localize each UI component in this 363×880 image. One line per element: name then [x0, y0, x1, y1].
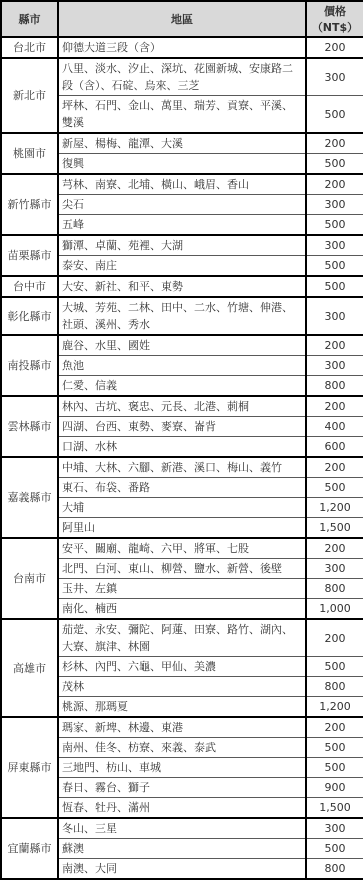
price-cell: 300 — [306, 559, 363, 579]
district-cell: 獅潭、卓蘭、苑裡、大湖 — [58, 235, 306, 256]
price-cell: 1,200 — [306, 697, 363, 718]
price-cell: 500 — [306, 657, 363, 677]
table-header: 縣市 地區 價格（NT$） — [1, 1, 363, 37]
price-cell: 200 — [306, 335, 363, 356]
price-cell: 200 — [306, 396, 363, 417]
county-cell: 台北市 — [1, 37, 58, 58]
county-cell: 苗栗縣市 — [1, 235, 58, 276]
district-cell: 蘇澳 — [58, 839, 306, 859]
district-cell: 新屋、楊梅、龍潭、大溪 — [58, 133, 306, 154]
price-cell: 800 — [306, 579, 363, 599]
district-cell: 南化、楠西 — [58, 599, 306, 620]
district-cell: 春日、霧台、獅子 — [58, 778, 306, 798]
price-cell: 1,500 — [306, 518, 363, 539]
price-cell: 1,200 — [306, 498, 363, 518]
district-cell: 茂林 — [58, 677, 306, 697]
price-cell: 900 — [306, 778, 363, 798]
district-cell: 瑪家、新埤、林邊、東港 — [58, 717, 306, 738]
header-price: 價格（NT$） — [306, 1, 363, 37]
district-cell: 安平、關廟、龍崎、六甲、將軍、七股 — [58, 538, 306, 559]
district-cell: 恆春、牡丹、滿州 — [58, 798, 306, 819]
table-row: 彰化縣市大城、芳苑、二林、田中、二水、竹塘、伸港、社頭、溪州、秀水300 — [1, 297, 363, 335]
price-cell: 500 — [306, 276, 363, 297]
price-cell: 500 — [306, 215, 363, 236]
district-cell: 鹿谷、水里、國姓 — [58, 335, 306, 356]
district-cell: 大埔 — [58, 498, 306, 518]
county-cell: 新北市 — [1, 58, 58, 133]
price-cell: 800 — [306, 376, 363, 397]
district-cell: 三地門、枋山、車城 — [58, 758, 306, 778]
county-cell: 台中市 — [1, 276, 58, 297]
price-cell: 300 — [306, 195, 363, 215]
table-row: 新竹縣市芎林、南寮、北埔、橫山、峨眉、香山200 — [1, 174, 363, 195]
price-cell: 200 — [306, 538, 363, 559]
shipping-fee-table: 縣市 地區 價格（NT$） 台北市仰德大道三段（含）200新北市八里、淡水、汐止… — [0, 0, 363, 880]
county-cell: 宜蘭縣市 — [1, 818, 58, 879]
price-cell: 1,500 — [306, 798, 363, 819]
price-cell: 200 — [306, 619, 363, 657]
district-cell: 北門、白河、東山、柳營、鹽水、新營、後壁 — [58, 559, 306, 579]
table-row: 桃園市新屋、楊梅、龍潭、大溪200 — [1, 133, 363, 154]
price-cell: 500 — [306, 478, 363, 498]
price-cell: 200 — [306, 717, 363, 738]
district-cell: 坪林、石門、金山、萬里、瑞芳、貢寮、平溪、雙溪 — [58, 96, 306, 134]
fee-table-body: 台北市仰德大道三段（含）200新北市八里、淡水、汐止、深坑、花園新城、安康路二段… — [1, 37, 363, 879]
district-cell: 東石、布袋、番路 — [58, 478, 306, 498]
district-cell: 阿里山 — [58, 518, 306, 539]
district-cell: 泰安、南庄 — [58, 256, 306, 277]
price-cell: 300 — [306, 356, 363, 376]
county-cell: 雲林縣市 — [1, 396, 58, 457]
price-cell: 300 — [306, 818, 363, 839]
county-cell: 屏東縣市 — [1, 717, 58, 818]
table-row: 雲林縣市林內、古坑、褒忠、元長、北港、莿桐200 — [1, 396, 363, 417]
table-row: 台南市安平、關廟、龍崎、六甲、將軍、七股200 — [1, 538, 363, 559]
district-cell: 中埔、大林、六腳、新港、溪口、梅山、義竹 — [58, 457, 306, 478]
table-row: 新北市八里、淡水、汐止、深坑、花園新城、安康路二段（含）、石碇、烏來、三芝300 — [1, 58, 363, 96]
table-row: 南投縣市鹿谷、水里、國姓200 — [1, 335, 363, 356]
district-cell: 大安、新社、和平、東勢 — [58, 276, 306, 297]
county-cell: 南投縣市 — [1, 335, 58, 396]
price-cell: 200 — [306, 174, 363, 195]
county-cell: 桃園市 — [1, 133, 58, 174]
district-cell: 冬山、三星 — [58, 818, 306, 839]
price-cell: 800 — [306, 859, 363, 880]
district-cell: 仁愛、信義 — [58, 376, 306, 397]
price-cell: 500 — [306, 738, 363, 758]
county-cell: 彰化縣市 — [1, 297, 58, 335]
table-row: 台北市仰德大道三段（含）200 — [1, 37, 363, 58]
price-cell: 1,000 — [306, 599, 363, 620]
county-cell: 台南市 — [1, 538, 58, 619]
price-cell: 500 — [306, 839, 363, 859]
district-cell: 口湖、水林 — [58, 437, 306, 458]
price-cell: 500 — [306, 154, 363, 175]
district-cell: 林內、古坑、褒忠、元長、北港、莿桐 — [58, 396, 306, 417]
table-row: 高雄市茄萣、永安、彌陀、阿蓮、田寮、路竹、湖內、大寮、旗津、林園200 — [1, 619, 363, 657]
district-cell: 桃源、那瑪夏 — [58, 697, 306, 718]
district-cell: 四湖、台西、東勢、麥寮、崙背 — [58, 417, 306, 437]
price-cell: 500 — [306, 256, 363, 277]
district-cell: 杉林、內門、六龜、甲仙、美濃 — [58, 657, 306, 677]
county-cell: 新竹縣市 — [1, 174, 58, 235]
header-county: 縣市 — [1, 1, 58, 37]
district-cell: 仰德大道三段（含） — [58, 37, 306, 58]
header-row: 縣市 地區 價格（NT$） — [1, 1, 363, 37]
table-row: 台中市大安、新社、和平、東勢500 — [1, 276, 363, 297]
district-cell: 南澳、大同 — [58, 859, 306, 880]
table-row: 嘉義縣市中埔、大林、六腳、新港、溪口、梅山、義竹200 — [1, 457, 363, 478]
price-cell: 500 — [306, 758, 363, 778]
county-cell: 高雄市 — [1, 619, 58, 717]
district-cell: 五峰 — [58, 215, 306, 236]
county-cell: 嘉義縣市 — [1, 457, 58, 538]
price-cell: 300 — [306, 58, 363, 96]
header-district: 地區 — [58, 1, 306, 37]
table-row: 屏東縣市瑪家、新埤、林邊、東港200 — [1, 717, 363, 738]
district-cell: 復興 — [58, 154, 306, 175]
district-cell: 南州、佳冬、枋寮、來義、泰武 — [58, 738, 306, 758]
price-cell: 400 — [306, 417, 363, 437]
district-cell: 魚池 — [58, 356, 306, 376]
district-cell: 玉井、左鎮 — [58, 579, 306, 599]
price-cell: 300 — [306, 297, 363, 335]
district-cell: 尖石 — [58, 195, 306, 215]
price-cell: 200 — [306, 37, 363, 58]
price-cell: 800 — [306, 677, 363, 697]
price-cell: 200 — [306, 457, 363, 478]
table-row: 宜蘭縣市冬山、三星300 — [1, 818, 363, 839]
district-cell: 大城、芳苑、二林、田中、二水、竹塘、伸港、社頭、溪州、秀水 — [58, 297, 306, 335]
price-cell: 200 — [306, 133, 363, 154]
district-cell: 茄萣、永安、彌陀、阿蓮、田寮、路竹、湖內、大寮、旗津、林園 — [58, 619, 306, 657]
table-row: 苗栗縣市獅潭、卓蘭、苑裡、大湖300 — [1, 235, 363, 256]
price-cell: 300 — [306, 235, 363, 256]
price-cell: 500 — [306, 96, 363, 134]
district-cell: 芎林、南寮、北埔、橫山、峨眉、香山 — [58, 174, 306, 195]
district-cell: 八里、淡水、汐止、深坑、花園新城、安康路二段（含）、石碇、烏來、三芝 — [58, 58, 306, 96]
price-cell: 600 — [306, 437, 363, 458]
